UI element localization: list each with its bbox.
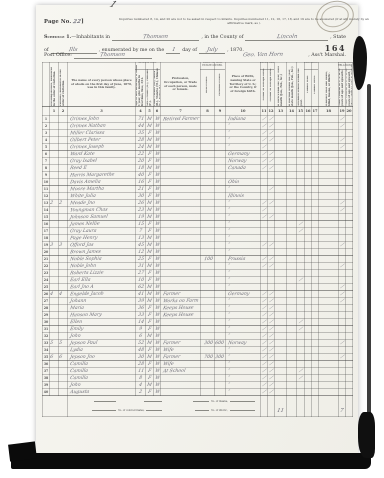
entry-handwritten: Lydia <box>69 348 83 353</box>
tally-underline: 6 <box>144 397 162 402</box>
cell-col-11: ⁄ <box>261 389 268 396</box>
entry-handwritten: 8 <box>139 376 143 381</box>
cell-col-17 <box>312 193 319 200</box>
table-row: 10Davis Amelia16FWOhio <box>43 179 353 186</box>
cell-col-8 <box>201 200 215 207</box>
cell-col-2 <box>59 375 68 382</box>
cell-col-7 <box>161 319 201 326</box>
group-header: CONSTITUTIONAL RELATIONS. <box>338 62 352 70</box>
cell-col-16 <box>305 340 312 347</box>
cell-col-16 <box>305 165 312 172</box>
cell-col-11: ⁄ <box>261 354 268 361</box>
cell-col-6: W <box>154 214 161 221</box>
entry-handwritten: Noble Sophia <box>69 257 101 263</box>
county-label: , in the County of <box>201 35 243 40</box>
cell-col-16 <box>305 263 312 270</box>
cell-col-18 <box>319 312 339 319</box>
cell-col-1 <box>50 375 59 382</box>
entry-handwritten: ⁄ <box>261 124 268 129</box>
cell-col-2 <box>59 165 68 172</box>
cell-col-17 <box>312 305 319 312</box>
entry-handwritten: ⁄ <box>261 341 268 346</box>
cell-col-15 <box>297 200 305 207</box>
entry-handwritten: Jepson Jno <box>69 355 95 360</box>
place-value-handwritten: Thomson <box>143 34 169 40</box>
entry-handwritten: W <box>154 355 160 360</box>
cell-col-1 <box>50 165 59 172</box>
cell-col-7: Wife <box>161 347 201 354</box>
entry-handwritten: ″ <box>228 376 231 381</box>
marshal-label: , Ass't Marshal. <box>308 53 346 58</box>
cell-col-16 <box>305 382 312 389</box>
row-number: 7 <box>43 158 50 165</box>
entry-handwritten: M <box>147 285 153 290</box>
cell-col-4: 28 <box>136 361 146 368</box>
tally-label: No. of colored males, <box>118 409 145 412</box>
footer-cell-col-11 <box>261 396 268 417</box>
cell-col-5: F <box>146 172 154 179</box>
cell-col-11: ⁄ <box>261 200 268 207</box>
cell-col-16 <box>305 221 312 228</box>
tally-underline: 2 <box>195 406 208 411</box>
entry-handwritten: Johnson Samuel <box>69 215 108 221</box>
col-label-2: Families, numbered in the order of visit… <box>60 64 66 106</box>
cell-col-8: 300 <box>201 340 215 347</box>
cell-col-16 <box>305 144 312 151</box>
cell-col-4: 45 <box>136 242 146 249</box>
cell-col-4: 39 <box>136 298 146 305</box>
table-row: 32John6MW″⁄⁄ <box>43 333 353 340</box>
cell-col-8 <box>201 235 215 242</box>
cell-col-15 <box>297 298 305 305</box>
cell-col-1 <box>50 151 59 158</box>
tally-entry: No. of white females,30 <box>164 397 211 406</box>
cell-col-18 <box>319 354 339 361</box>
cell-col-20 <box>346 389 353 396</box>
cell-col-5: F <box>146 270 154 277</box>
cell-col-7 <box>161 207 201 214</box>
cell-col-4: 12 <box>136 249 146 256</box>
cell-col-11: ⁄ <box>261 305 268 312</box>
row-number: 10 <box>43 179 50 186</box>
col-header-10: Place of Birth, naming State or Territor… <box>226 63 261 107</box>
row-number: 18 <box>43 235 50 242</box>
scan-black-strip-right <box>367 84 371 416</box>
cell-col-12: ⁄ <box>268 123 275 130</box>
cell-col-8 <box>201 382 215 389</box>
cell-col-16 <box>305 284 312 291</box>
col-header-14: If married within the year, state month … <box>287 63 297 107</box>
cell-col-12 <box>268 277 275 284</box>
entry-handwritten: 71 <box>137 117 144 122</box>
cell-col-19 <box>339 375 346 382</box>
cell-col-20 <box>346 319 353 326</box>
scan-black-blob-top-right <box>353 36 367 90</box>
entry-handwritten: 62 <box>137 285 144 290</box>
col-header-18: Whether deaf and dumb, blind, insane, or… <box>319 63 339 107</box>
entry-handwritten: ″ <box>228 320 231 325</box>
cell-col-4: 44 <box>136 123 146 130</box>
cell-col-14 <box>287 186 297 193</box>
cell-col-8 <box>201 207 215 214</box>
cell-col-11: ⁄ <box>261 298 268 305</box>
cell-col-17 <box>312 207 319 214</box>
cell-col-14 <box>287 116 297 123</box>
entry-handwritten: ⁄ <box>261 264 268 269</box>
cell-col-14 <box>287 326 297 333</box>
entry-handwritten: ⁄ <box>297 376 305 381</box>
cell-col-11: ⁄ <box>261 333 268 340</box>
cell-col-11 <box>261 277 268 284</box>
cell-col-15 <box>297 263 305 270</box>
cell-col-19 <box>339 389 346 396</box>
entry-handwritten: W <box>154 313 160 318</box>
cell-col-15 <box>297 123 305 130</box>
cell-col-20 <box>346 340 353 347</box>
cell-col-12 <box>268 172 275 179</box>
cell-col-6: W <box>154 263 161 270</box>
county-value-handwritten: Lincoln <box>276 34 297 40</box>
cell-col-3: Jepson Jno <box>68 354 136 361</box>
cell-col-20 <box>346 144 353 151</box>
cell-col-8 <box>201 137 215 144</box>
cell-col-16 <box>305 207 312 214</box>
cell-col-14 <box>287 361 297 368</box>
table-row: 1322Meade Jno26MW″⁄⁄⁄ <box>43 200 353 207</box>
cell-col-8 <box>201 333 215 340</box>
cell-col-10: ″ <box>226 326 261 333</box>
cell-col-4: 30 <box>136 193 146 200</box>
cell-col-15 <box>297 291 305 298</box>
cell-col-19: ⁄ <box>339 263 346 270</box>
cell-col-18 <box>319 249 339 256</box>
entry-handwritten: M <box>147 138 153 143</box>
cell-col-3: Ellen <box>68 319 136 326</box>
entry-handwritten: ⁄ <box>339 299 346 304</box>
table-row: 30Ellen14FW″⁄⁄⁄ <box>43 319 353 326</box>
cell-col-4: 35 <box>136 130 146 137</box>
cell-col-15: ⁄ <box>297 228 305 235</box>
cell-col-4: 41 <box>136 291 146 298</box>
cell-col-2 <box>59 368 68 375</box>
table-row: 40Augusta2FW″⁄⁄ <box>43 389 353 396</box>
cell-col-7 <box>161 256 201 263</box>
cell-col-5: M <box>146 200 154 207</box>
col-number-1: 1 <box>50 107 59 116</box>
page-no-bracket: ] <box>81 19 84 25</box>
table-row: 1933Offord Jas45MW″⁄⁄⁄ <box>43 242 353 249</box>
cell-col-13 <box>275 312 287 319</box>
entry-handwritten: 33 <box>137 313 144 318</box>
table-row: 2644Engelde Jacob41MWFarmerGermany⁄⁄⁄ <box>43 291 353 298</box>
table-row: 9Harris Margarethe40FW <box>43 172 353 179</box>
cell-col-20 <box>346 375 353 382</box>
tally-label: No. of idiotic, <box>211 409 228 412</box>
cell-col-2 <box>59 361 68 368</box>
cell-col-2 <box>59 228 68 235</box>
cell-col-11: ⁄ <box>261 361 268 368</box>
cell-col-1 <box>50 277 59 284</box>
footer-row: No. of dwellings,3No. of white males,6No… <box>43 396 353 417</box>
col-label-17: Cannot write. <box>314 75 317 94</box>
cell-col-13 <box>275 256 287 263</box>
cell-col-9 <box>215 277 226 284</box>
cell-col-6: W <box>154 130 161 137</box>
entry-handwritten: ″ <box>228 124 231 129</box>
cell-col-14 <box>287 368 297 375</box>
entry-handwritten: ⁄ <box>261 166 268 171</box>
cell-col-13 <box>275 333 287 340</box>
entry-handwritten: ″ <box>228 278 231 283</box>
cell-col-8 <box>201 228 215 235</box>
cell-col-19 <box>339 361 346 368</box>
col-label-7: Profession, Occupation, or Trade of each… <box>161 76 200 93</box>
row-number: 1 <box>43 116 50 123</box>
entry-handwritten: 52 <box>137 341 144 346</box>
cell-col-10: ″ <box>226 277 261 284</box>
cell-col-17 <box>312 256 319 263</box>
col-label-18: Whether deaf and dumb, blind, insane, or… <box>326 64 332 106</box>
cell-col-20 <box>346 179 353 186</box>
col-number-16: 16 <box>305 107 312 116</box>
scan-black-blob-bottom-right <box>358 412 375 458</box>
cell-col-11: ⁄ <box>261 123 268 130</box>
row-number-header <box>43 63 50 107</box>
cell-col-14 <box>287 382 297 389</box>
cell-col-12: ⁄ <box>268 214 275 221</box>
entry-handwritten: ⁄ <box>268 152 275 157</box>
entry-handwritten: 6 <box>139 334 143 339</box>
cell-col-6: W <box>154 165 161 172</box>
row-number: 16 <box>43 221 50 228</box>
cell-col-16 <box>305 151 312 158</box>
cell-col-5: M <box>146 382 154 389</box>
cell-col-10: Germany <box>226 151 261 158</box>
cell-col-5: M <box>146 144 154 151</box>
entry-handwritten: ⁄ <box>268 124 275 129</box>
cell-col-6: W <box>154 326 161 333</box>
cell-col-20 <box>346 298 353 305</box>
col-number-10: 10 <box>226 107 261 116</box>
entry-handwritten: Emily <box>69 327 83 332</box>
cell-col-16 <box>305 172 312 179</box>
entry-handwritten: 5 <box>50 341 54 346</box>
cell-col-16 <box>305 368 312 375</box>
entry-handwritten: ⁄ <box>261 383 268 388</box>
cell-col-11 <box>261 193 268 200</box>
row-number: 29 <box>43 312 50 319</box>
signature-blank: Geo. Van Horn <box>220 52 306 58</box>
cell-col-5: M <box>146 137 154 144</box>
entry-handwritten: W <box>154 383 160 388</box>
entry-handwritten: Meade Jno <box>69 201 95 206</box>
cell-col-16 <box>305 158 312 165</box>
cell-col-11 <box>261 235 268 242</box>
cell-col-12: ⁄ <box>268 361 275 368</box>
entry-handwritten: ″ <box>228 369 231 374</box>
row-number: 40 <box>43 389 50 396</box>
cell-col-9 <box>215 298 226 305</box>
cell-col-7: Farmer <box>161 340 201 347</box>
cell-col-20 <box>346 151 353 158</box>
tally-entry: No. of dwellings,3 <box>71 397 118 406</box>
entry-handwritten: 15 <box>137 222 144 227</box>
post-office-value-handwritten: Thomson <box>100 52 126 58</box>
cell-col-6: W <box>154 158 161 165</box>
cell-col-17 <box>312 347 319 354</box>
row-number-header-blank <box>43 107 50 116</box>
cell-col-11: ⁄ <box>261 130 268 137</box>
cell-col-9 <box>215 137 226 144</box>
cell-col-7 <box>161 277 201 284</box>
schedule-rest: —Inhabitants in <box>71 35 110 40</box>
entry-handwritten: M <box>147 215 153 220</box>
cell-col-13 <box>275 277 287 284</box>
cell-col-14 <box>287 249 297 256</box>
cell-col-12: ⁄ <box>268 137 275 144</box>
cell-col-7 <box>161 200 201 207</box>
col-number-9: 9 <box>215 107 226 116</box>
entry-handwritten: 28 <box>137 362 144 367</box>
table-row: 12White Julia30FWIllinois <box>43 193 353 200</box>
cell-col-10: ″ <box>226 200 261 207</box>
cell-col-6: W <box>154 144 161 151</box>
cell-col-2 <box>59 347 68 354</box>
cell-col-10: ″ <box>226 319 261 326</box>
cell-col-7: Keeps House <box>161 305 201 312</box>
cell-col-12 <box>268 221 275 228</box>
cell-col-18 <box>319 130 339 137</box>
cell-col-5: M <box>146 291 154 298</box>
entry-handwritten: F <box>147 376 151 381</box>
table-row: 25Earl Jno A62MW″⁄ <box>43 284 353 291</box>
cell-col-3: Earl Jno A <box>68 284 136 291</box>
cell-col-20 <box>346 165 353 172</box>
cell-col-20 <box>346 270 353 277</box>
entry-handwritten: ⁄ <box>261 320 268 325</box>
cell-col-9 <box>215 158 226 165</box>
cell-col-2 <box>59 235 68 242</box>
cell-col-11: ⁄ <box>261 340 268 347</box>
entry-handwritten: 31 <box>137 264 144 269</box>
cell-col-7 <box>161 270 201 277</box>
entry-handwritten: White Julia <box>69 194 96 199</box>
entry-handwritten: 100 <box>204 257 214 262</box>
cell-col-20 <box>346 116 353 123</box>
entry-handwritten: 2 <box>59 201 63 206</box>
entry-handwritten: F <box>147 362 151 367</box>
cell-col-1 <box>50 144 59 151</box>
cell-col-14 <box>287 144 297 151</box>
cell-col-1: 2 <box>50 200 59 207</box>
cell-col-5: M <box>146 116 154 123</box>
cell-col-3: Harris Margarethe <box>68 172 136 179</box>
cell-col-1 <box>50 270 59 277</box>
cell-col-11 <box>261 284 268 291</box>
cell-col-9 <box>215 179 226 186</box>
col-number-19: 19 <box>339 107 346 116</box>
cell-col-19 <box>339 158 346 165</box>
cell-col-6: W <box>154 116 161 123</box>
entry-handwritten: ⁄ <box>261 369 268 374</box>
row-number: 21 <box>43 256 50 263</box>
cell-col-3: Youngman Chas <box>68 207 136 214</box>
cell-col-17 <box>312 249 319 256</box>
cell-col-13 <box>275 361 287 368</box>
footer-mark-handwritten: 11 <box>276 407 284 413</box>
entry-handwritten: 3 <box>50 243 54 248</box>
cell-col-2 <box>59 256 68 263</box>
cell-col-14 <box>287 123 297 130</box>
cell-col-8 <box>201 368 215 375</box>
cell-col-1 <box>50 333 59 340</box>
cell-col-5: F <box>146 375 154 382</box>
entry-handwritten: Camilla <box>69 369 88 374</box>
cell-col-19: ⁄ <box>339 340 346 347</box>
cell-col-2 <box>59 207 68 214</box>
cell-col-19 <box>339 256 346 263</box>
entry-handwritten: Youngman Chas <box>69 208 107 214</box>
entry-handwritten: ″ <box>228 355 231 360</box>
cell-col-5: F <box>146 221 154 228</box>
cell-col-1 <box>50 228 59 235</box>
cell-col-2: 2 <box>59 200 68 207</box>
cell-col-4: 6 <box>136 333 146 340</box>
cell-col-3: Gray Laura <box>68 228 136 235</box>
cell-col-15 <box>297 116 305 123</box>
cell-col-10 <box>226 172 261 179</box>
entry-handwritten: ⁄ <box>261 131 268 136</box>
entry-handwritten: W <box>154 131 160 136</box>
cell-col-19: ⁄ <box>339 144 346 151</box>
cell-col-10: ″ <box>226 389 261 396</box>
entry-handwritten: ″ <box>228 243 231 248</box>
cell-col-3: Gray Isabel <box>68 158 136 165</box>
entry-handwritten: F <box>147 131 151 136</box>
cell-col-20 <box>346 200 353 207</box>
cell-col-5: F <box>146 130 154 137</box>
entry-handwritten: ⁄ <box>261 145 268 150</box>
row-number: 37 <box>43 368 50 375</box>
entry-handwritten: W <box>154 215 160 220</box>
cell-col-16 <box>305 235 312 242</box>
col-header-2: Families, numbered in the order of visit… <box>59 63 68 107</box>
entry-handwritten: 30 <box>137 355 144 360</box>
cell-col-17 <box>312 291 319 298</box>
table-row: 6Ward Kate22FWGermany⁄⁄ <box>43 151 353 158</box>
cell-col-10: Prussia <box>226 256 261 263</box>
cell-col-6: W <box>154 137 161 144</box>
cell-col-11: ⁄ <box>261 263 268 270</box>
col-number-18: 18 <box>319 107 339 116</box>
entry-handwritten: M <box>147 117 153 122</box>
entry-handwritten: ⁄ <box>297 222 305 227</box>
col-label-9: Personal Estate. <box>219 73 222 96</box>
entry-handwritten: ⁄ <box>339 124 346 129</box>
cell-col-5: M <box>146 123 154 130</box>
col-number-20: 20 <box>346 107 353 116</box>
cell-col-9 <box>215 172 226 179</box>
cell-col-9 <box>215 242 226 249</box>
cell-col-18 <box>319 270 339 277</box>
cell-col-12 <box>268 179 275 186</box>
cell-col-15 <box>297 235 305 242</box>
cell-col-8 <box>201 242 215 249</box>
cell-col-13 <box>275 116 287 123</box>
cell-col-18 <box>319 235 339 242</box>
cell-col-20 <box>346 249 353 256</box>
cell-col-5: F <box>146 347 154 354</box>
